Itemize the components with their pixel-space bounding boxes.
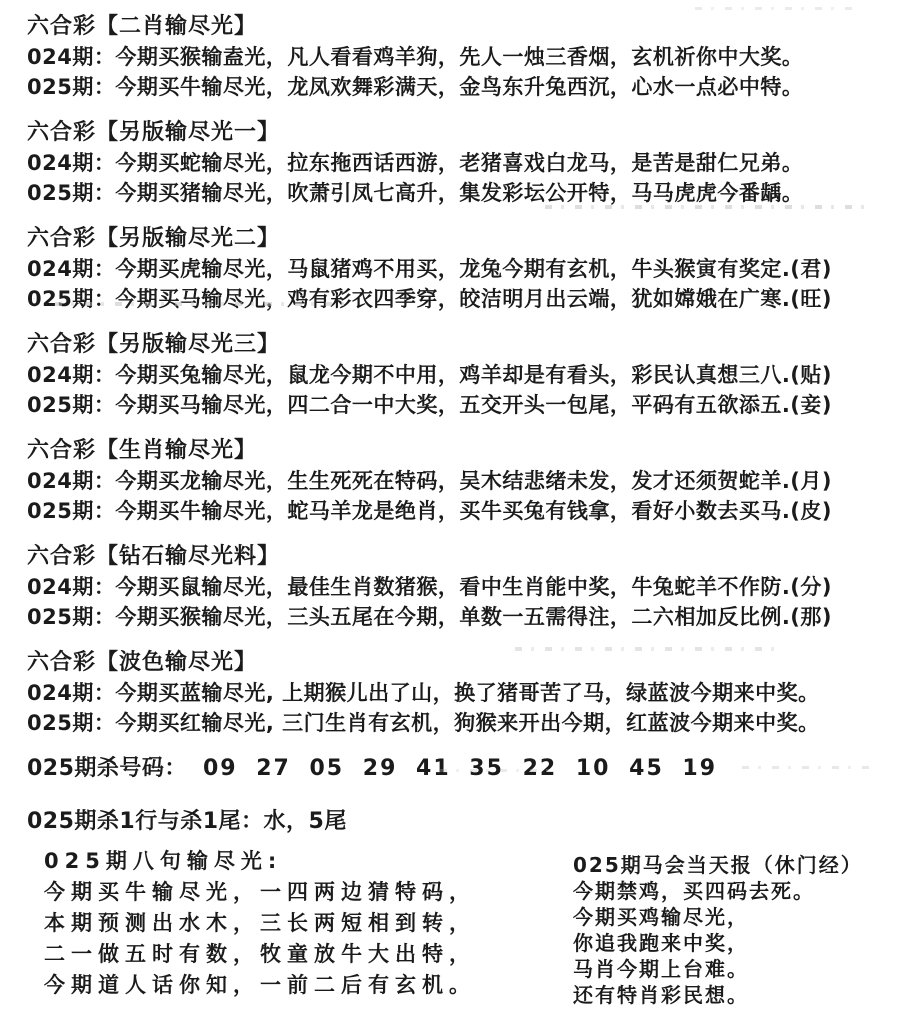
daily-report-line: 还有特肖彩民想。 bbox=[573, 982, 863, 1008]
tip-line-024: 024期：今期买蓝输尽光, 上期猴儿出了山，换了猪哥苦了马，绿蓝波今期来中奖。 bbox=[27, 678, 902, 708]
eight-sentence-line: 今期买牛输尽光，一四两边猜特码， bbox=[44, 877, 476, 908]
kill-numbers-label: 025期杀号码： bbox=[27, 756, 187, 781]
section-two-zodiac: 六合彩【二肖输尽光】 024期：今期买猴输盍光，凡人看看鸡羊狗，先人一烛三香烟，… bbox=[27, 12, 902, 102]
tip-line-024: 024期：今期买虎输尽光，马鼠猪鸡不用买，龙兔今期有玄机，牛头猴寅有奖定.(君) bbox=[27, 254, 902, 284]
scan-artifact bbox=[440, 769, 558, 772]
scan-artifact bbox=[695, 7, 860, 10]
eight-sentence-title: 025期八句输尽光: bbox=[44, 846, 476, 877]
scan-artifact bbox=[742, 766, 872, 769]
tip-line-025: 025期：今期买猴输尽光，三头五尾在今期，单数一五需得注，二六相加反比例.(那) bbox=[27, 602, 902, 632]
section-title: 六合彩【另版输尽光三】 bbox=[27, 330, 902, 360]
tip-line-025: 025期：今期买马输尽光，四二合一中大奖，五交开头一包尾，平码有五欲添五.(妾) bbox=[27, 390, 902, 420]
eight-sentence-line: 二一做五时有数，牧童放牛大出特， bbox=[44, 939, 476, 970]
tip-line-025: 025期：今期买猪输尽光，吹萧引凤七高升，集发彩坛公开特，马马虎虎今番龋。 bbox=[27, 178, 902, 208]
scan-artifact bbox=[55, 302, 355, 306]
daily-report-line: 你追我跑来中奖， bbox=[573, 930, 863, 956]
tip-line-025: 025期：今期买马输尽光，鸡有彩衣四季穿，皎洁明月出云端，犹如嫦娥在广寒.(旺) bbox=[27, 284, 902, 314]
section-alt-version-2: 六合彩【另版输尽光二】 024期：今期买虎输尽光，马鼠猪鸡不用买，龙兔今期有玄机… bbox=[27, 224, 902, 314]
eight-sentence-block: 025期八句输尽光: 今期买牛输尽光，一四两边猜特码， 本期预测出水木，三长两短… bbox=[44, 846, 476, 1001]
section-zodiac: 六合彩【生肖输尽光】 024期：今期买龙输尽光，生生死死在特码，吴木结悲绪未发，… bbox=[27, 436, 902, 526]
daily-report-title: 025期马会当天报（休门经） bbox=[573, 852, 863, 878]
section-diamond: 六合彩【钻石输尽光料】 024期：今期买鼠输尽光，最佳生肖数猪猴，看中生肖能中奖… bbox=[27, 542, 902, 632]
scan-artifact bbox=[515, 647, 780, 651]
tip-line-025: 025期：今期买红输尽光, 三门生肖有玄机，狗猴来开出今期，红蓝波今期来中奖。 bbox=[27, 708, 902, 738]
section-title: 六合彩【波色输尽光】 bbox=[27, 648, 902, 678]
tip-line-024: 024期：今期买龙输尽光，生生死死在特码，吴木结悲绪未发，发才还须贺蛇羊.(月) bbox=[27, 466, 902, 496]
section-title: 六合彩【另版输尽光二】 bbox=[27, 224, 902, 254]
tip-line-024: 024期：今期买兔输尽光，鼠龙今期不中用，鸡羊却是有看头，彩民认真想三八.(贴) bbox=[27, 360, 902, 390]
section-title: 六合彩【二肖输尽光】 bbox=[27, 12, 902, 42]
tip-line-024: 024期：今期买蛇输尽光，拉东拖西话西游，老猪喜戏白龙马，是苦是甜仁兄弟。 bbox=[27, 148, 902, 178]
section-title: 六合彩【钻石输尽光料】 bbox=[27, 542, 902, 572]
daily-report-line: 今期禁鸡，买四码去死。 bbox=[573, 878, 863, 904]
eight-sentence-line: 今期道人话你知，一前二后有玄机。 bbox=[44, 970, 476, 1001]
lottery-tip-sheet: 六合彩【二肖输尽光】 024期：今期买猴输盍光，凡人看看鸡羊狗，先人一烛三香烟，… bbox=[0, 0, 908, 1024]
daily-report-block: 025期马会当天报（休门经） 今期禁鸡，买四码去死。 今期买鸡输尽光， 你追我跑… bbox=[573, 852, 863, 1008]
daily-report-line: 马肖今期上台难。 bbox=[573, 956, 863, 982]
daily-report-line: 今期买鸡输尽光， bbox=[573, 904, 863, 930]
tip-line-024: 024期：今期买猴输盍光，凡人看看鸡羊狗，先人一烛三香烟，玄机祈你中大奖。 bbox=[27, 42, 902, 72]
section-alt-version-3: 六合彩【另版输尽光三】 024期：今期买兔输尽光，鼠龙今期不中用，鸡羊却是有看头… bbox=[27, 330, 902, 420]
scan-artifact bbox=[545, 205, 875, 209]
tip-sheet-content: 六合彩【二肖输尽光】 024期：今期买猴输盍光，凡人看看鸡羊狗，先人一烛三香烟，… bbox=[0, 0, 908, 837]
tip-line-025: 025期：今期买牛输尽光，龙凤欢舞彩满天，金鸟东升兔西沉，心水一点必中特。 bbox=[27, 72, 902, 102]
section-alt-version-1: 六合彩【另版输尽光一】 024期：今期买蛇输尽光，拉东拖西话西游，老猪喜戏白龙马… bbox=[27, 118, 902, 208]
section-title: 六合彩【生肖输尽光】 bbox=[27, 436, 902, 466]
section-wave-color: 六合彩【波色输尽光】 024期：今期买蓝输尽光, 上期猴儿出了山，换了猪哥苦了马… bbox=[27, 648, 902, 738]
kill-row-tail-line: 025期杀1行与杀1尾：水，5尾 bbox=[27, 807, 902, 837]
tip-line-024: 024期：今期买鼠输尽光，最佳生肖数猪猴，看中生肖能中奖，牛兔蛇羊不作防.(分) bbox=[27, 572, 902, 602]
tip-line-025: 025期：今期买牛输尽光，蛇马羊龙是绝肖，买牛买兔有钱拿，看好小数去买马.(皮) bbox=[27, 496, 902, 526]
section-title: 六合彩【另版输尽光一】 bbox=[27, 118, 902, 148]
eight-sentence-line: 本期预测出水木，三长两短相到转， bbox=[44, 908, 476, 939]
